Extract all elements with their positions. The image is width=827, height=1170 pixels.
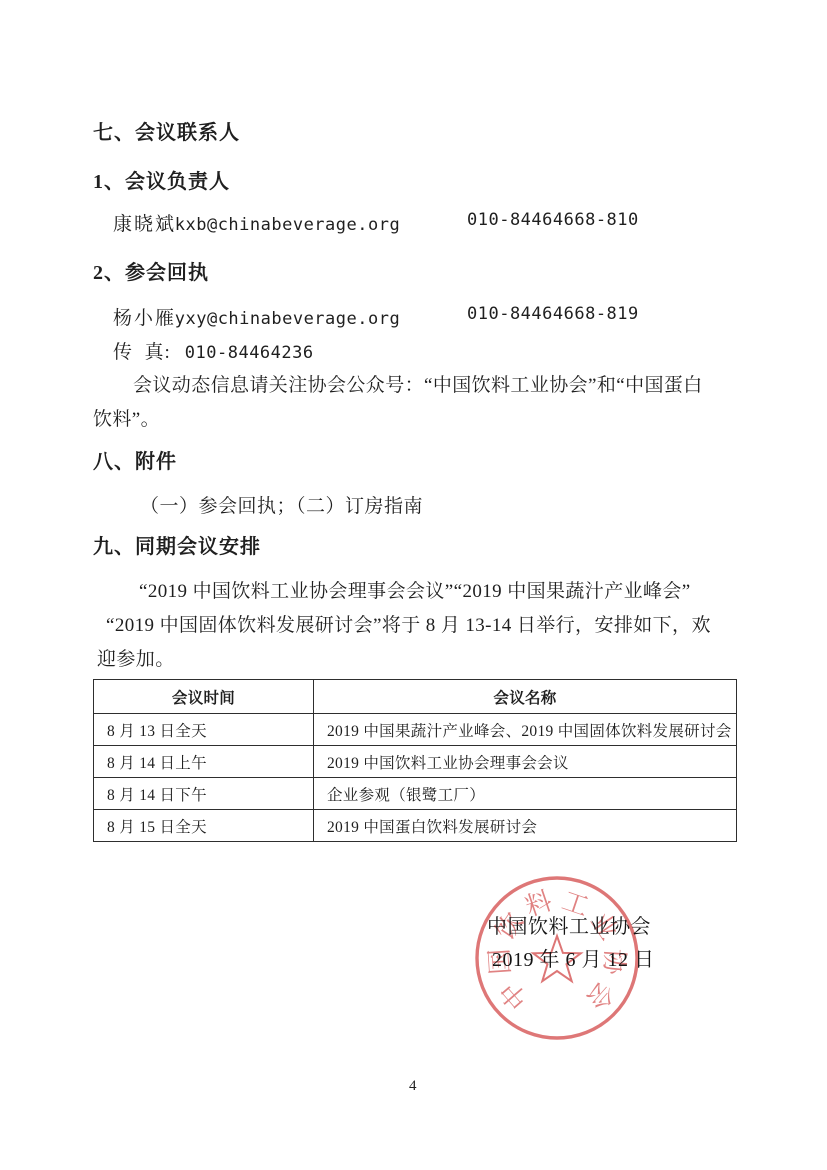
schedule-intro-paragraph: “2019 中国饮料工业协会理事会会议”“2019 中国果蔬汁产业峰会” “20…	[93, 575, 753, 677]
signature-org: 中国饮料工业协会	[487, 910, 651, 939]
page-number: 4	[409, 1078, 417, 1095]
section7-heading: 七、会议联系人	[93, 116, 240, 145]
contact1-name: 康晓斌	[113, 209, 168, 236]
table-cell-time: 8 月 14 日下午	[94, 778, 314, 810]
section9-heading: 九、同期会议安排	[93, 530, 261, 559]
table-row: 8 月 14 日上午 2019 中国饮料工业协会理事会会议	[94, 746, 737, 778]
table-cell-name: 企业参观（银鹭工厂）	[314, 778, 737, 810]
table-header-name: 会议名称	[314, 680, 737, 714]
attachments-line: （一）参会回执；（二）订房指南	[140, 491, 423, 518]
table-row: 8 月 13 日全天 2019 中国果蔬汁产业峰会、2019 中国固体饮料发展研…	[94, 714, 737, 746]
schedule-table: 会议时间 会议名称 8 月 13 日全天 2019 中国果蔬汁产业峰会、2019…	[93, 679, 737, 842]
seal-ring-char: 会	[581, 976, 620, 1015]
contact2-name: 杨小雁	[113, 303, 168, 330]
intro-line-2: “2019 中国固体饮料发展研讨会”将于 8 月 13-14 日举行，安排如下，…	[93, 609, 753, 643]
table-cell-time: 8 月 14 日上午	[94, 746, 314, 778]
contact2-email: yxy@chinabeverage.org	[175, 309, 400, 329]
table-row: 8 月 14 日下午 企业参观（银鹭工厂）	[94, 778, 737, 810]
table-row: 8 月 15 日全天 2019 中国蛋白饮料发展研讨会	[94, 810, 737, 842]
table-cell-time: 8 月 13 日全天	[94, 714, 314, 746]
notice-line-1: 会议动态信息请关注协会公众号：“中国饮料工业协会”和“中国蛋白	[93, 369, 753, 403]
seal-ring-char: 中	[495, 976, 534, 1015]
contact1-email: kxb@chinabeverage.org	[175, 215, 400, 235]
contact1-line: 康晓斌 kxb@chinabeverage.org 010-84464668-8…	[113, 209, 773, 236]
notice-line-2: 饮料”。	[93, 403, 753, 437]
signature-date: 2019 年 6 月 12 日	[492, 943, 655, 972]
fax-label: 传 真:	[113, 342, 171, 363]
contact2-phone: 010-84464668-819	[467, 304, 639, 324]
document-page: 七、会议联系人 1、会议负责人 康晓斌 kxb@chinabeverage.or…	[0, 0, 827, 1170]
table-header-row: 会议时间 会议名称	[94, 680, 737, 714]
table-cell-time: 8 月 15 日全天	[94, 810, 314, 842]
fax-number: 010-84464236	[185, 343, 314, 363]
table-cell-name: 2019 中国蛋白饮料发展研讨会	[314, 810, 737, 842]
fax-line: 传 真:010-84464236	[113, 337, 773, 364]
notice-paragraph: 会议动态信息请关注协会公众号：“中国饮料工业协会”和“中国蛋白 饮料”。	[93, 369, 753, 437]
section7-sub1-heading: 1、会议负责人	[93, 165, 230, 194]
table-cell-name: 2019 中国饮料工业协会理事会会议	[314, 746, 737, 778]
section8-heading: 八、附件	[93, 445, 177, 474]
table-header-time: 会议时间	[94, 680, 314, 714]
table-cell-name: 2019 中国果蔬汁产业峰会、2019 中国固体饮料发展研讨会	[314, 714, 737, 746]
intro-line-3: 迎参加。	[93, 643, 753, 677]
section7-sub2-heading: 2、参会回执	[93, 256, 209, 285]
intro-line-1: “2019 中国饮料工业协会理事会会议”“2019 中国果蔬汁产业峰会”	[93, 575, 753, 609]
contact2-line: 杨小雁 yxy@chinabeverage.org 010-84464668-8…	[113, 303, 773, 330]
contact1-phone: 010-84464668-810	[467, 210, 639, 230]
